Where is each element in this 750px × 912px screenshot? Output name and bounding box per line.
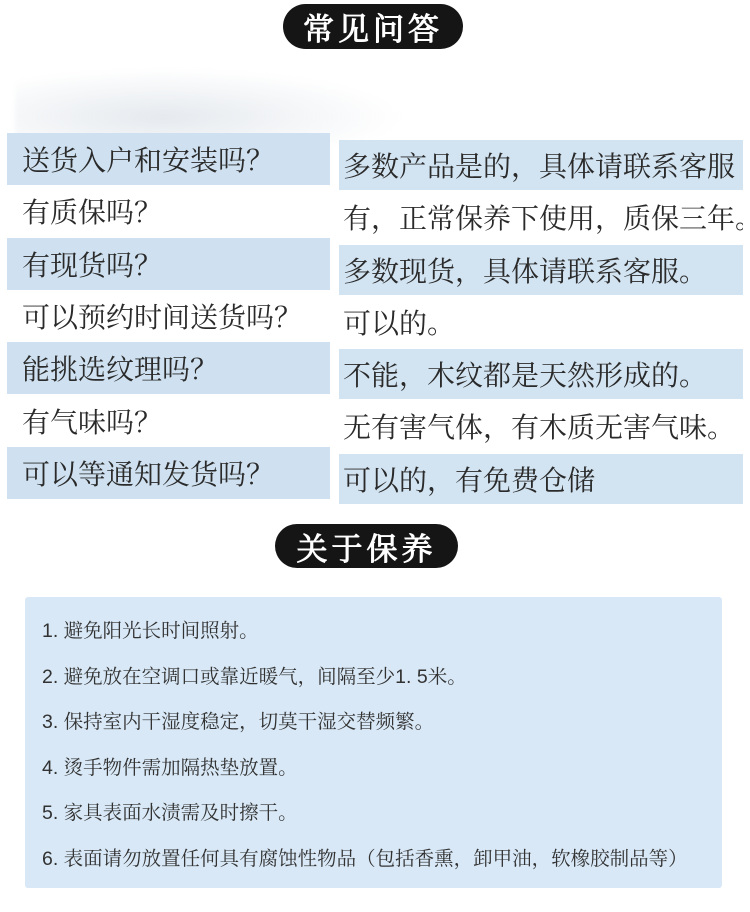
faq-answer: 可以的，有免费仓储	[339, 454, 743, 504]
faq-row: 送货入户和安装吗？多数产品是的，具体请联系客服	[0, 133, 750, 185]
care-tip-item: 5. 家具表面水渍需及时擦干。	[42, 791, 710, 837]
faq-answer: 可以的。	[339, 297, 743, 347]
care-tip-item: 1. 避免阳光长时间照射。	[42, 609, 710, 655]
faq-row: 有气味吗？无有害气体，有木质无害气味。	[0, 394, 750, 446]
care-tip-item: 4. 烫手物件需加隔热垫放置。	[42, 746, 710, 792]
faq-answer: 多数现货，具体请联系客服。	[339, 245, 743, 295]
faq-row: 可以预约时间送货吗？可以的。	[0, 290, 750, 342]
faq-row: 有质保吗？有，正常保养下使用，质保三年。	[0, 185, 750, 237]
faq-list: 送货入户和安装吗？多数产品是的，具体请联系客服有质保吗？有，正常保养下使用，质保…	[0, 133, 750, 499]
faq-answer: 有，正常保养下使用，质保三年。	[339, 192, 743, 242]
faq-question: 有现货吗？	[7, 238, 330, 290]
faq-question: 有质保吗？	[7, 185, 330, 237]
faq-section-title: 常见问答	[303, 4, 443, 49]
care-section-header: 关于保养	[275, 524, 458, 568]
care-tip-item: 6. 表面请勿放置任何具有腐蚀性物品（包括香熏，卸甲油，软橡胶制品等）	[42, 837, 710, 883]
care-tip-item: 3. 保持室内干湿度稳定，切莫干湿交替频繁。	[42, 700, 710, 746]
care-section-title: 关于保养	[297, 524, 437, 569]
faq-question: 有气味吗？	[7, 394, 330, 446]
faq-question: 可以等通知发货吗？	[7, 447, 330, 499]
faq-row: 有现货吗？多数现货，具体请联系客服。	[0, 238, 750, 290]
product-faq-page: 常见问答 送货入户和安装吗？多数产品是的，具体请联系客服有质保吗？有，正常保养下…	[0, 0, 750, 912]
faq-question: 能挑选纹理吗？	[7, 342, 330, 394]
faq-question: 可以预约时间送货吗？	[7, 290, 330, 342]
faq-row: 能挑选纹理吗？不能，木纹都是天然形成的。	[0, 342, 750, 394]
faq-answer: 不能，木纹都是天然形成的。	[339, 349, 743, 399]
faq-answer: 多数产品是的，具体请联系客服	[339, 140, 743, 190]
faq-question: 送货入户和安装吗？	[7, 133, 330, 185]
faq-section-header: 常见问答	[283, 4, 463, 49]
care-tip-item: 2. 避免放在空调口或靠近暖气，间隔至少1. 5米。	[42, 655, 710, 701]
care-tips-box: 1. 避免阳光长时间照射。2. 避免放在空调口或靠近暖气，间隔至少1. 5米。3…	[25, 597, 722, 888]
faq-row: 可以等通知发货吗？可以的，有免费仓储	[0, 447, 750, 499]
faint-watermark-smudge	[15, 68, 405, 143]
faq-answer: 无有害气体，有木质无害气味。	[339, 401, 743, 451]
